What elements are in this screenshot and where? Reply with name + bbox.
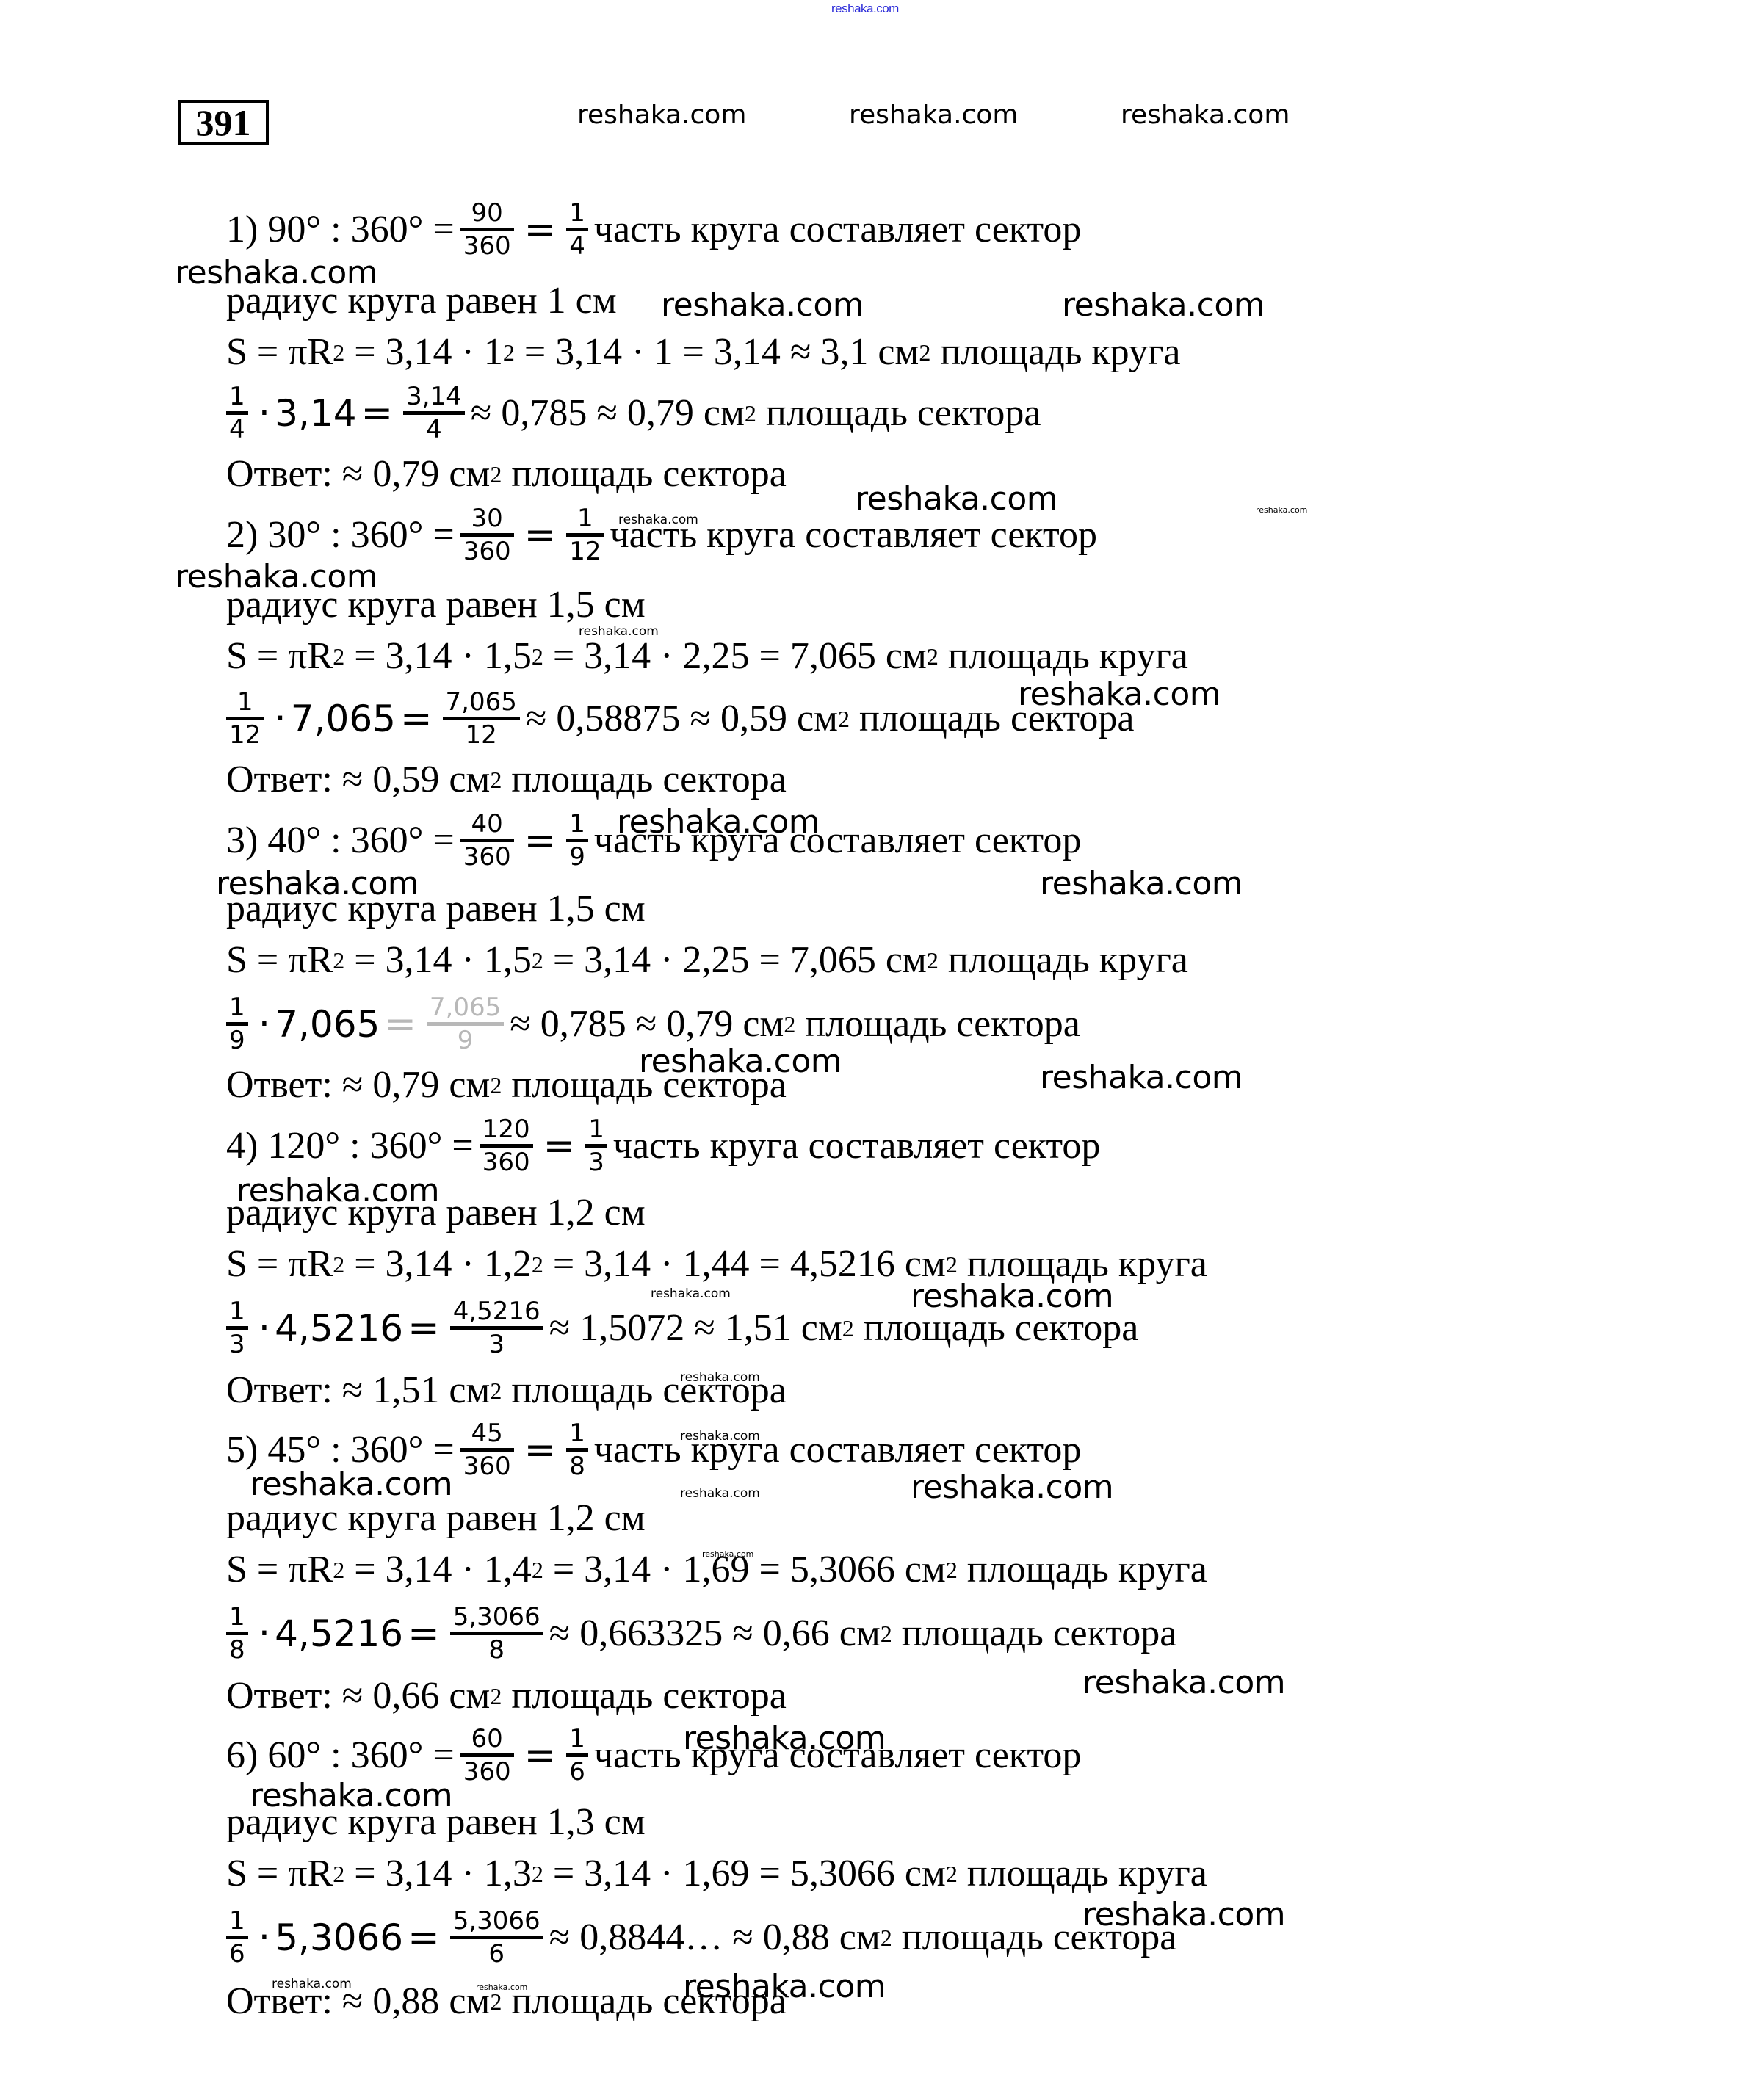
text-span: = [400,700,433,738]
fraction: 40360 [460,809,514,872]
text-span: площадь сектора [511,761,787,799]
numerator: 5,3066 [450,1906,543,1936]
fraction: 45360 [460,1419,514,1481]
answer-line: Ответ: ≈ 0,66 см2 площадь сектора [226,1677,787,1715]
text-span: : [330,1431,341,1469]
watermark: reshaka.com [1062,286,1265,324]
numerator: 1 [226,1297,248,1326]
text-span: площадь круга [967,1855,1207,1893]
denominator: 4 [566,231,588,261]
text-span: = 3,14 · 2,25 = 7,065 см [553,637,927,676]
denominator: 12 [566,537,604,566]
fraction: 16 [566,1724,588,1786]
text-span: : [350,1127,360,1165]
text-span: = 3,14 · 1 [354,333,503,372]
text-span: = [524,822,557,860]
watermark: reshaka.com [1082,1896,1285,1933]
numerator: 7,065 [427,993,504,1022]
text-span: ≈ 0,663325 ≈ 0,66 см [549,1615,881,1653]
fraction: 90360 [460,198,514,261]
text-span: = 3,14 · 2,25 = 7,065 см [553,941,927,980]
fraction: 5,30668 [450,1602,543,1665]
text-span: · [258,1005,271,1043]
text-span: 360° [351,516,424,554]
denominator: 12 [226,720,264,750]
denominator: 3 [226,1330,248,1359]
watermark: reshaka.com [683,1720,886,1757]
text-span: 7,065 [275,1006,380,1043]
watermark: reshaka.com [236,1172,439,1209]
area-line: S = πR2 = 3,14 · 12 = 3,14 · 1 = 3,14 ≈ … [226,333,1180,372]
text-span: 360° [351,1431,424,1469]
text-span: = [524,1431,557,1469]
watermark: reshaka.com [1040,865,1243,902]
area-line: S = πR2 = 3,14 · 1,52 = 3,14 · 2,25 = 7,… [226,637,1188,676]
top-site-link[interactable]: reshaka.com [831,1,899,16]
text-span: S = πR [226,941,333,980]
denominator: 360 [460,231,514,261]
denominator: 8 [566,1452,588,1481]
denominator: 6 [566,1757,588,1786]
text-span: · [258,394,271,432]
watermark: reshaka.com [855,480,1057,518]
text-span: = 3,14 · 1,5 [354,637,532,676]
fraction: 7,06512 [443,687,520,750]
text-span: · [274,700,286,738]
text-span: Ответ: ≈ 1,51 см [226,1372,490,1410]
text-span: S = πR [226,637,333,676]
text-span: ≈ 0,785 ≈ 0,79 см [471,394,745,432]
denominator: 360 [460,1757,514,1786]
numerator: 90 [469,198,506,228]
problem-number-box: 391 [178,100,269,145]
numerator: 1 [226,382,248,411]
text-span: 40° [267,822,321,860]
text-span: ≈ 0,8844… ≈ 0,88 см [549,1919,881,1957]
text-span: : [330,822,341,860]
text-span: = [408,1309,440,1347]
fraction: 7,0659 [427,993,504,1055]
text-span: 60° [267,1737,321,1775]
watermark: reshaka.com [1040,1059,1243,1096]
denominator: 8 [485,1635,507,1665]
numerator: 30 [469,504,506,533]
numerator: 1 [226,1602,248,1632]
watermark: reshaka.com [216,865,419,902]
watermark: reshaka.com [1082,1664,1285,1701]
text-span: = 3,14 · 1,3 [354,1855,532,1893]
denominator: 4 [423,415,445,444]
part-label: 1) [226,211,258,249]
denominator: 360 [460,1452,514,1481]
watermark: reshaka.com [651,1286,731,1301]
watermark: reshaka.com [579,624,659,639]
text-span: · [258,1919,271,1957]
numerator: 1 [566,809,588,839]
watermark: reshaka.com [911,1469,1113,1506]
fraction: 4,52163 [450,1297,543,1359]
watermark: reshaka.com [250,1466,452,1503]
text-span: = 3,14 · 1,69 = 5,3066 см [553,1855,946,1893]
text-span: = 3,14 · 1 = 3,14 ≈ 3,1 см [524,333,919,372]
text-span: = 3,14 · 1,2 [354,1245,532,1283]
fraction: 18 [566,1419,588,1481]
fraction: 112 [566,504,604,566]
fraction: 16 [226,1906,248,1969]
text-span: = [384,1005,416,1043]
denominator: 4 [226,415,248,444]
text-span: Ответ: ≈ 0,66 см [226,1677,490,1715]
text-span: = [452,1127,473,1165]
text-span: 3,14 [275,395,356,432]
numerator: 45 [469,1419,506,1448]
text-span: 5) [226,1431,258,1469]
part-text: часть круга составляет сектор [594,211,1082,249]
colon: : [330,211,341,249]
watermark: reshaka.com [272,1977,352,1991]
text-span: площадь сектора [511,1677,787,1715]
denominator: 12 [463,720,500,750]
text-span: 3) [226,822,258,860]
watermark: reshaka.com [661,286,864,324]
text-span: = [433,1737,454,1775]
text-span: = [524,1737,557,1775]
denominator: 9 [455,1026,477,1055]
fraction-line: 1) 90° : 360° = 90360 = 14 часть круга с… [226,198,1081,261]
denominator: 3 [485,1330,507,1359]
fraction: 112 [226,687,264,750]
fraction: 30360 [460,504,514,566]
text-span: часть круга составляет сектор [594,1431,1082,1469]
text-span: = [361,394,394,432]
denominator: 360 [460,842,514,872]
denominator: 6 [485,1939,507,1969]
fraction: 13 [226,1297,248,1359]
numerator: 1 [226,993,248,1022]
sector-line: 112 ·7,065 = 7,06512 ≈ 0,58875 ≈ 0,59 см… [226,687,1135,750]
text-span: часть круга составляет сектор [613,1127,1101,1165]
text-span: = [524,516,557,554]
denominator: 3 [585,1148,607,1177]
watermark: reshaka.com [702,1549,753,1559]
text-span: = [433,822,454,860]
numerator: 5,3066 [450,1602,543,1632]
watermark: reshaka.com [911,1278,1113,1315]
text-span: площадь сектора [902,1615,1177,1653]
sector-line: 18 ·4,5216 = 5,30668 ≈ 0,663325 ≈ 0,66 с… [226,1602,1176,1665]
text-span: площадь круга [948,637,1188,676]
text-span: · [258,1309,271,1347]
text-span: 120° [267,1127,340,1165]
text-span: 4,5216 [275,1615,403,1652]
fraction: 5,30666 [450,1906,543,1969]
numerator: 40 [469,809,506,839]
answer-line: Ответ: ≈ 0,59 см2 площадь сектора [226,761,787,799]
text-span: ≈ 0,785 ≈ 0,79 см [510,1005,784,1043]
watermark: reshaka.com [683,1968,886,2005]
text-span: · [258,1615,271,1653]
text-span: площадь круга [940,333,1180,372]
watermark: reshaka.com [175,558,377,595]
full-angle: 360° [351,211,424,249]
text-span: площадь сектора [805,1005,1080,1043]
watermark: reshaka.com [1121,100,1290,130]
text-span: = [408,1615,440,1653]
watermark: reshaka.com [617,803,820,841]
radius-line: радиус круга равен 1,2 см [226,1499,646,1538]
text-span: ≈ 0,58875 ≈ 0,59 см [526,700,838,738]
watermark: reshaka.com [618,513,698,527]
denominator: 9 [566,842,588,872]
fraction: 120360 [480,1115,533,1177]
watermark: reshaka.com [250,1777,452,1814]
text-span: ≈ 1,5072 ≈ 1,51 см [549,1309,842,1347]
denominator: 9 [226,1026,248,1055]
fraction: 19 [566,809,588,872]
watermark: reshaka.com [680,1429,760,1444]
watermark: reshaka.com [1256,505,1307,515]
numerator: 1 [226,1906,248,1936]
text-span: 6) [226,1737,258,1775]
watermark: reshaka.com [175,254,377,292]
sector-line: 16 ·5,3066 = 5,30666 ≈ 0,8844… ≈ 0,88 см… [226,1906,1176,1969]
text-span: площадь круга [967,1551,1207,1589]
text-span: Ответ: ≈ 0,59 см [226,761,490,799]
text-span: S = πR [226,1245,333,1283]
fraction-line: 4) 120° : 360° = 120360 = 13 часть круга… [226,1115,1100,1177]
angle: 90° [267,211,321,249]
text-span: площадь круга [948,941,1188,980]
text-span: 2) [226,516,258,554]
watermark: reshaka.com [680,1486,760,1501]
text-span: 360° [370,1127,443,1165]
watermark: reshaka.com [1018,676,1221,713]
text-span: = 3,14 · 1,5 [354,941,532,980]
text-span: 360° [351,822,424,860]
text-span: 4,5216 [275,1310,403,1347]
fraction: 18 [226,1602,248,1665]
numerator: 3,14 [403,382,465,411]
text-span: 5,3066 [275,1919,403,1956]
fraction: 14 [226,382,248,444]
text-span: = [433,1431,454,1469]
text-span: Ответ: ≈ 0,79 см [226,1066,490,1104]
text-span: = [408,1919,440,1957]
numerator: 1 [566,198,588,228]
text-span: Ответ: ≈ 0,79 см [226,455,490,493]
text-span: = [433,516,454,554]
fraction: 60360 [460,1724,514,1786]
answer-line: Ответ: ≈ 0,79 см2 площадь сектора [226,455,787,493]
text-span: 4) [226,1127,258,1165]
text-span: = 3,14 · 1,44 = 4,5216 см [553,1245,946,1283]
denominator: 8 [226,1635,248,1665]
area-line: S = πR2 = 3,14 · 1,52 = 3,14 · 2,25 = 7,… [226,941,1188,980]
text-span: = 3,14 · 1,4 [354,1551,532,1589]
text-span: площадь сектора [511,455,787,493]
fraction: 19 [226,993,248,1055]
watermark: reshaka.com [577,100,746,130]
fraction: 14 [566,198,588,261]
numerator: 1 [566,1724,588,1753]
text-span: S = πR [226,1551,333,1589]
text-span: 360° [351,1737,424,1775]
denominator: 6 [226,1939,248,1969]
equals: = [433,211,454,249]
area-line: S = πR2 = 3,14 · 1,32 = 3,14 · 1,69 = 5,… [226,1855,1207,1893]
fraction: 3,144 [403,382,465,444]
sector-line: 14 ·3,14 = 3,144 ≈ 0,785 ≈ 0,79 см2 площ… [226,382,1041,444]
text-span: S = πR [226,333,333,372]
text-span: 7,065 [291,700,396,737]
watermark: reshaka.com [849,100,1018,130]
text-span: : [330,1737,341,1775]
text-span: S = πR [226,1855,333,1893]
numerator: 4,5216 [450,1297,543,1326]
denominator: 360 [460,537,514,566]
text-span: : [330,516,341,554]
text-span: = [543,1127,576,1165]
watermark: reshaka.com [680,1370,760,1385]
watermark: reshaka.com [639,1043,842,1080]
numerator: 1 [566,1419,588,1448]
numerator: 1 [585,1115,607,1144]
watermark: reshaka.com [476,1983,527,1992]
fraction: 13 [585,1115,607,1177]
denominator: 360 [480,1148,533,1177]
numerator: 1 [574,504,596,533]
numerator: 1 [234,687,256,717]
text-span: 45° [267,1431,321,1469]
text-span: Ответ: ≈ 0,88 см [226,1983,490,2021]
numerator: 7,065 [443,687,520,717]
text-span: 30° [267,516,321,554]
numerator: 60 [469,1724,506,1753]
equals: = [524,211,557,249]
text-span: площадь сектора [766,394,1041,432]
numerator: 120 [480,1115,533,1144]
